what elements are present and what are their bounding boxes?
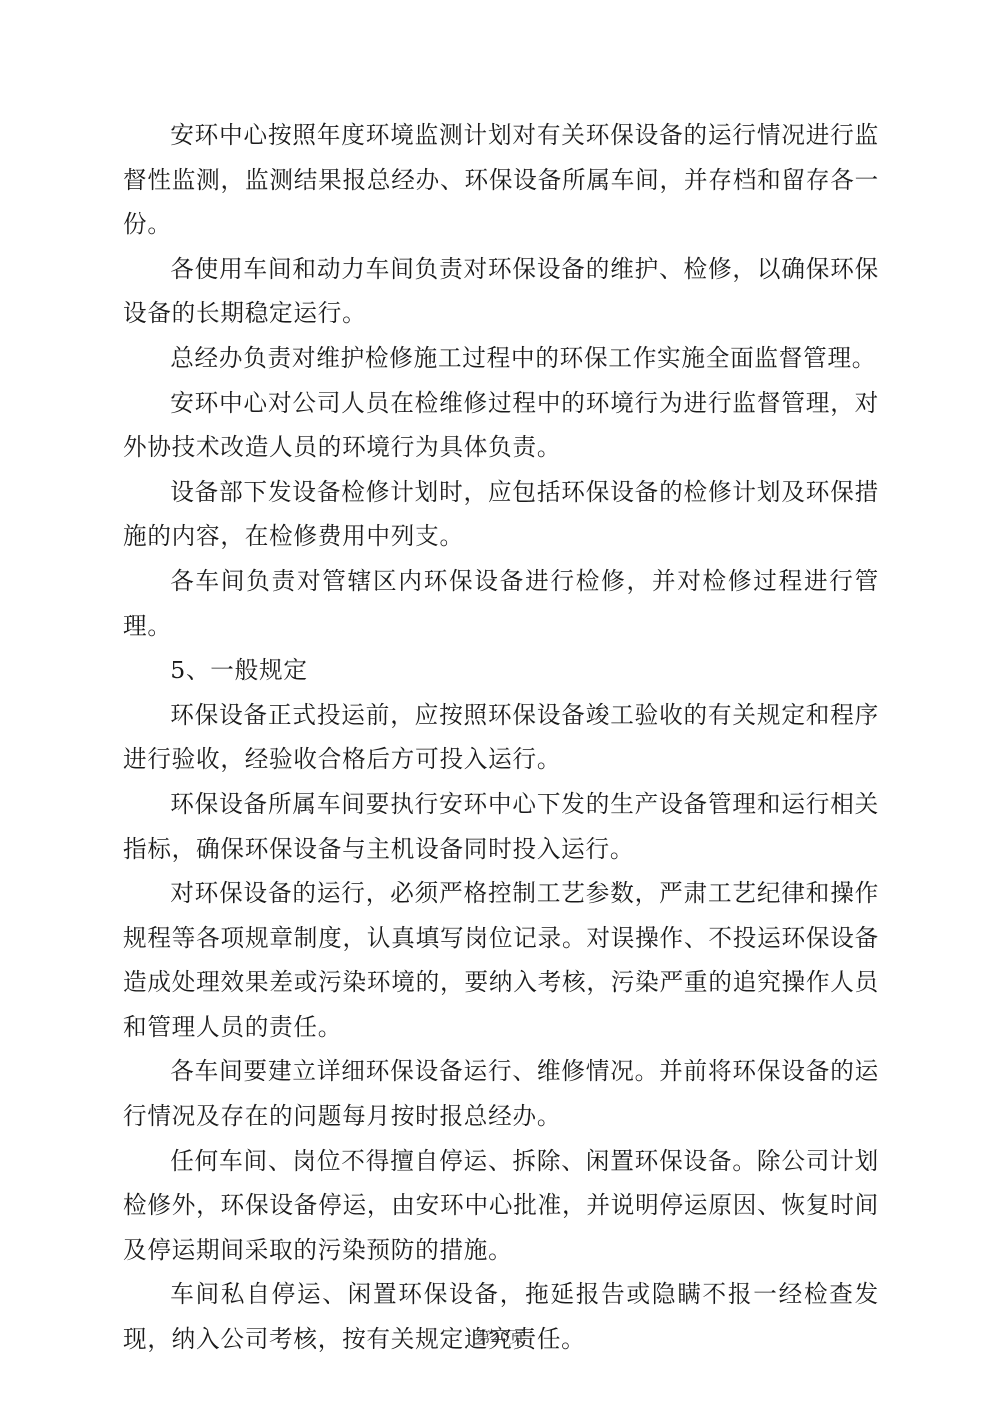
paragraph-operation-control: 对环保设备的运行，必须严格控制工艺参数，严肃工艺纪律和操作规程等各项规章制度，认… <box>123 871 879 1049</box>
paragraph-acceptance: 环保设备正式投运前，应按照环保设备竣工验收的有关规定和程序进行验收，经验收合格后… <box>123 693 879 782</box>
paragraph-penalty: 车间私自停运、闲置环保设备，拖延报告或隐瞒不报一经检查发现，纳入公司考核，按有关… <box>123 1272 879 1361</box>
paragraph-shutdown-approval: 任何车间、岗位不得擅自停运、拆除、闲置环保设备。除公司计划检修外，环保设备停运，… <box>123 1139 879 1273</box>
paragraph-general-office-supervision: 总经办负责对维护检修施工过程中的环保工作实施全面监督管理。 <box>123 336 879 381</box>
section-heading-general-rules: 5、一般规定 <box>123 648 879 693</box>
paragraph-env-behavior-supervision: 安环中心对公司人员在检维修过程中的环境行为进行监督管理，对外协技术改造人员的环境… <box>123 381 879 470</box>
page-number: 第20页 <box>0 1326 1000 1347</box>
paragraph-workshop-maintenance: 各车间负责对管辖区内环保设备进行检修，并对检修过程进行管理。 <box>123 559 879 648</box>
paragraph-maintenance-plan: 设备部下发设备检修计划时，应包括环保设备的检修计划及环保措施的内容，在检修费用中… <box>123 470 879 559</box>
document-page: 安环中心按照年度环境监测计划对有关环保设备的运行情况进行监督性监测，监测结果报总… <box>0 0 1000 1415</box>
paragraph-monitoring: 安环中心按照年度环境监测计划对有关环保设备的运行情况进行监督性监测，监测结果报总… <box>123 113 879 247</box>
paragraph-maintenance-duty: 各使用车间和动力车间负责对环保设备的维护、检修，以确保环保设备的长期稳定运行。 <box>123 247 879 336</box>
paragraph-simultaneous-operation: 环保设备所属车间要执行安环中心下发的生产设备管理和运行相关指标，确保环保设备与主… <box>123 782 879 871</box>
document-body: 安环中心按照年度环境监测计划对有关环保设备的运行情况进行监督性监测，监测结果报总… <box>123 113 879 1362</box>
paragraph-records: 各车间要建立详细环保设备运行、维修情况。并前将环保设备的运行情况及存在的问题每月… <box>123 1049 879 1138</box>
